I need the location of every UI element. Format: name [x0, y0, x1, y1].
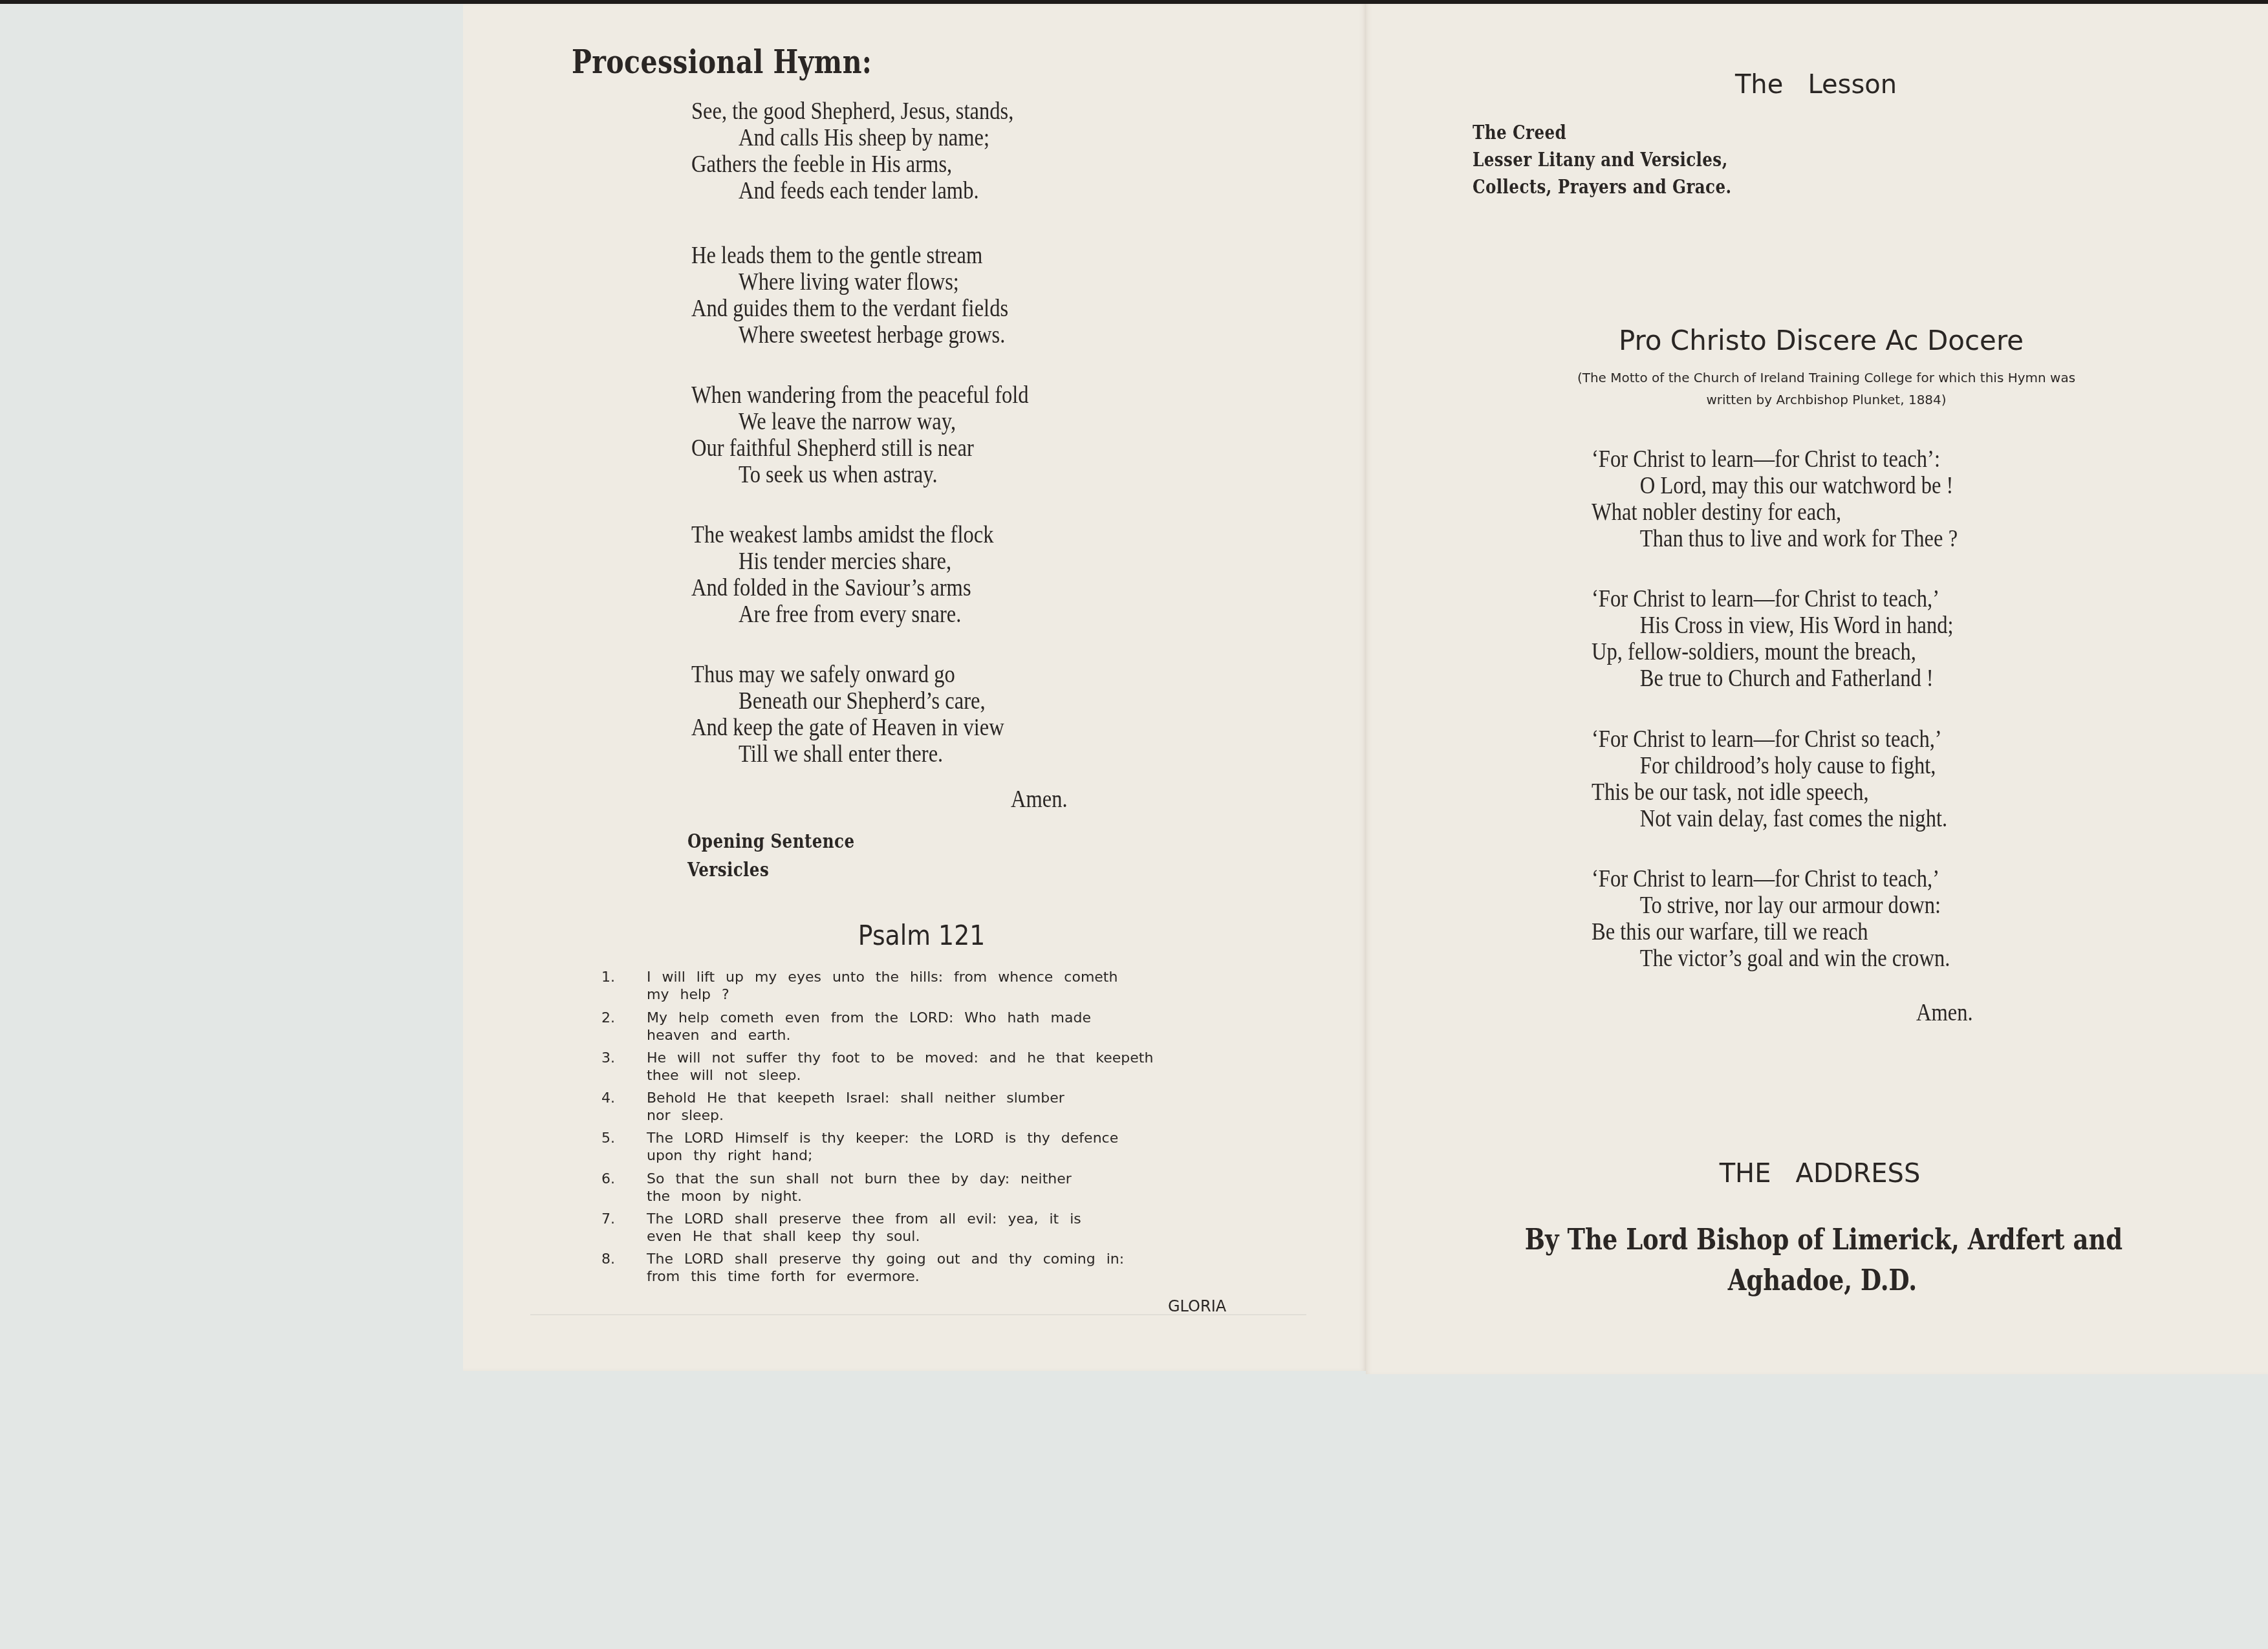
hymn-line: For childrood’s holy cause to fight,: [1592, 753, 1947, 779]
motto-stanza-2: ‘For Christ to learn—for Christ to teach…: [1592, 586, 2003, 692]
hymn-line: This be our task, not idle speech,: [1592, 779, 1947, 806]
hymn-line: And guides them to the verdant fields: [691, 296, 1008, 322]
order-item-litany: Lesser Litany and Versicles,: [1473, 149, 1728, 171]
hymn-line: Till we shall enter there.: [691, 741, 1004, 768]
motto-heading: Pro Christo Discere Ac Docere: [1619, 325, 2024, 356]
psalm-heading: Psalm 121: [858, 920, 985, 951]
processional-hymn-heading: Processional Hymn:: [572, 43, 872, 81]
processional-stanza-3: When wandering from the peaceful fold We…: [691, 382, 1075, 488]
verse-line: Behold He that keepeth Israel: shall nei…: [647, 1090, 1287, 1107]
lesson-heading: The Lesson: [1735, 70, 1897, 100]
motto-amen: Amen.: [1916, 1000, 1973, 1026]
verse-line: I will lift up my eyes unto the hills: f…: [647, 969, 1287, 986]
verse-number: 1.: [601, 969, 615, 986]
hymn-line: And calls His sheep by name;: [691, 125, 1013, 151]
verse-line: The LORD Himself is thy keeper: the LORD…: [647, 1130, 1287, 1147]
hymn-line: ‘For Christ to learn—for Christ to teach…: [1592, 866, 1950, 892]
hymn-line: And folded in the Saviour’s arms: [691, 575, 993, 601]
motto-note-line-2: written by Archbishop Plunket, 1884): [1706, 392, 1946, 407]
hymn-line: See, the good Shepherd, Jesus, stands,: [691, 98, 1013, 125]
hymn-line: What nobler destiny for each,: [1592, 499, 1958, 526]
hymn-line: To seek us when astray.: [691, 462, 1029, 488]
hymn-line: When wandering from the peaceful fold: [691, 382, 1029, 409]
verse-line: my help ?: [647, 986, 1287, 1004]
hymn-line: And keep the gate of Heaven in view: [691, 715, 1004, 741]
hymn-line: The weakest lambs amidst the flock: [691, 522, 993, 548]
verse-line: from this time forth for evermore.: [647, 1268, 1287, 1286]
processional-stanza-2: He leads them to the gentle stream Where…: [691, 242, 1052, 349]
verse-number: 5.: [601, 1130, 615, 1147]
hymn-line: His Cross in view, His Word in hand;: [1592, 612, 1954, 639]
hymn-line: ‘For Christ to learn—for Christ to teach…: [1592, 446, 1958, 473]
processional-amen: Amen.: [1011, 786, 1068, 813]
gloria-label: GLORIA: [1168, 1297, 1226, 1315]
verse-number: 8.: [601, 1251, 615, 1268]
opening-sentence-label: Opening Sentence: [687, 830, 855, 853]
hymn-line: Not vain delay, fast comes the night.: [1592, 806, 1947, 832]
order-item-collects: Collects, Prayers and Grace.: [1473, 176, 1732, 199]
hymn-line: ‘For Christ to learn—for Christ to teach…: [1592, 586, 1954, 612]
address-heading: THE ADDRESS: [1720, 1159, 1921, 1189]
hymn-line: The victor’s goal and win the crown.: [1592, 945, 1950, 972]
hymn-line: We leave the narrow way,: [691, 409, 1029, 435]
hymn-line: His tender mercies share,: [691, 548, 993, 575]
verse-number: 7.: [601, 1211, 615, 1228]
processional-stanza-5: Thus may we safely onward go Beneath our…: [691, 662, 1047, 768]
order-item-creed: The Creed: [1473, 122, 1566, 144]
motto-stanza-4: ‘For Christ to learn—for Christ to teach…: [1592, 866, 1999, 972]
motto-stanza-3: ‘For Christ to learn—for Christ so teach…: [1592, 726, 1996, 832]
versicles-label: Versicles: [687, 859, 769, 881]
hymn-line: ‘For Christ to learn—for Christ so teach…: [1592, 726, 1947, 753]
verse-line: So that the sun shall not burn thee by d…: [647, 1170, 1287, 1188]
verse-line: upon thy right hand;: [647, 1147, 1287, 1165]
processional-stanza-4: The weakest lambs amidst the flock His t…: [691, 522, 1035, 628]
hymn-line: Be this our warfare, till we reach: [1592, 919, 1950, 945]
verse-number: 4.: [601, 1090, 615, 1107]
address-by-line-2: Aghadoe, D.D.: [1728, 1264, 1917, 1297]
verse-line: nor sleep.: [647, 1107, 1287, 1125]
hymn-line: Where living water flows;: [691, 269, 1008, 296]
motto-stanza-1: ‘For Christ to learn—for Christ to teach…: [1592, 446, 2007, 552]
verse-line: thee will not sleep.: [647, 1067, 1287, 1084]
verse-number: 6.: [601, 1170, 615, 1188]
hymn-line: Than thus to live and work for Thee ?: [1592, 526, 1958, 552]
verse-line: He will not suffer thy foot to be moved:…: [647, 1050, 1287, 1067]
hymn-line: O Lord, may this our watchword be !: [1592, 473, 1958, 499]
hymn-line: Beneath our Shepherd’s care,: [691, 688, 1004, 715]
verse-line: My help cometh even from the LORD: Who h…: [647, 1009, 1287, 1027]
verse-line: The LORD shall preserve thee from all ev…: [647, 1211, 1287, 1228]
hymn-line: Gathers the feeble in His arms,: [691, 151, 1013, 178]
hymn-line: Up, fellow-soldiers, mount the breach,: [1592, 639, 1954, 665]
hymn-line: And feeds each tender lamb.: [691, 178, 1013, 204]
hymn-line: Where sweetest herbage grows.: [691, 322, 1008, 349]
address-by-line-1: By The Lord Bishop of Limerick, Ardfert …: [1525, 1223, 2122, 1256]
verse-line: The LORD shall preserve thy going out an…: [647, 1251, 1287, 1268]
motto-note-line-1: (The Motto of the Church of Ireland Trai…: [1577, 370, 2075, 385]
verse-number: 2.: [601, 1009, 615, 1027]
verse-line: even He that shall keep thy soul.: [647, 1228, 1287, 1245]
show-through-rule: [530, 1314, 1306, 1315]
hymn-line: To strive, nor lay our armour down:: [1592, 892, 1950, 919]
processional-stanza-1: See, the good Shepherd, Jesus, stands, A…: [691, 98, 1057, 204]
hymn-line: Be true to Church and Fatherland !: [1592, 665, 1954, 692]
hymn-line: He leads them to the gentle stream: [691, 242, 1008, 269]
hymn-line: Are free from every snare.: [691, 601, 993, 628]
hymn-line: Our faithful Shepherd still is near: [691, 435, 1029, 462]
verse-number: 3.: [601, 1050, 615, 1067]
verse-line: the moon by night.: [647, 1188, 1287, 1205]
hymn-line: Thus may we safely onward go: [691, 662, 1004, 688]
verse-line: heaven and earth.: [647, 1027, 1287, 1044]
